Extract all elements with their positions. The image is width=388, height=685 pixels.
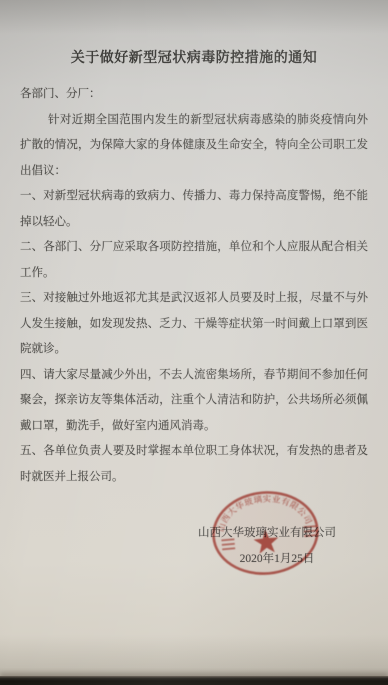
document-photo: 关于做好新型冠状病毒防控措施的通知 各部门、分厂： 针对近期全国范围内发生的新型… [0, 0, 388, 685]
notice-intro: 针对近期全国范围内发生的新型冠状病毒感染的肺炎疫情向外扩散的情况，为保障大家的身… [20, 108, 368, 185]
paper-bottom-shading [0, 634, 388, 676]
notice-item-1: 一、对新型冠状病毒的致病力、传播力、毒力保持高度警惕，绝不能掉以轻心。 [20, 184, 368, 235]
notice-item-2: 二、各部门、分厂应采取各项防控措施，单位和个人应服从配合相关工作。 [20, 235, 368, 286]
notice-item-3: 三、对接触过外地返祁尤其是武汉返祁人员要及时上报，尽量不与外人发生接触，如发现发… [20, 286, 368, 363]
notice-salutation: 各部门、分厂： [20, 82, 368, 108]
notice-title: 关于做好新型冠状病毒防控措施的通知 [20, 48, 368, 70]
photo-bottom-edge [0, 676, 388, 685]
company-stamp: 山西大华玻璃实业有限公司 [203, 481, 329, 586]
notice-item-4: 四、请大家尽量减少外出，不去人流密集场所，春节期间不参加任何聚会，探亲访友等集体… [20, 363, 368, 440]
stamp-graphic: 山西大华玻璃实业有限公司 [203, 481, 329, 586]
